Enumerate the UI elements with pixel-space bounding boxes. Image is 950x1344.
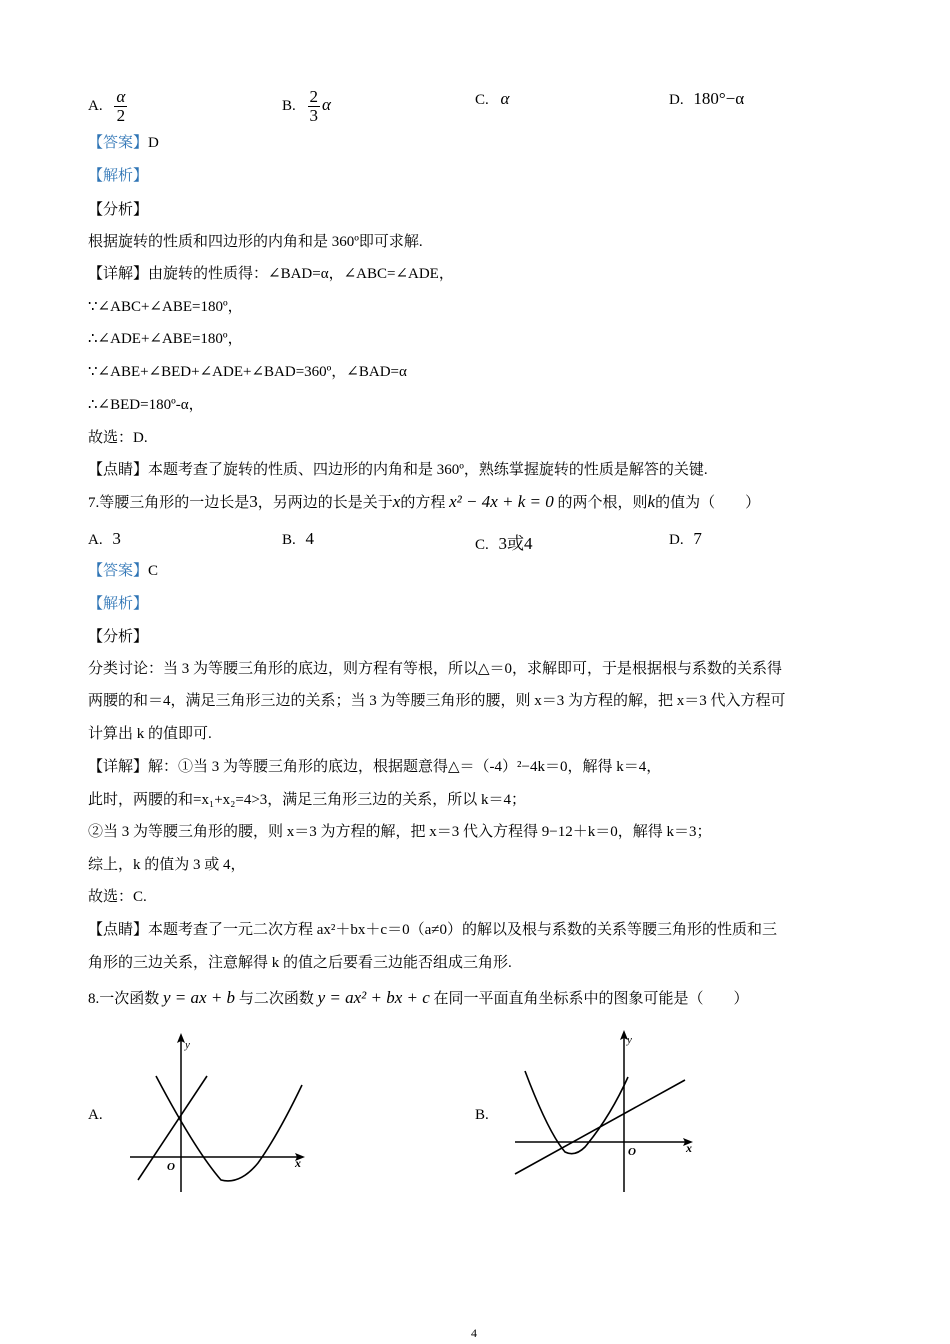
- linear-function: y = ax + b: [163, 988, 235, 1007]
- origin-label: O: [628, 1146, 636, 1158]
- denominator: 3: [308, 107, 321, 125]
- detail-text: 解：①当 3 为等腰三角形的底边，根据题意得△＝（-4）²−4k＝0，解得 k＝…: [148, 759, 661, 775]
- q6-option-c: C. α: [475, 89, 509, 109]
- q6-detail-line: ∴∠BED=180º-α，: [88, 395, 204, 415]
- q7-detail-line: 综上，k 的值为 3 或 4，: [88, 855, 246, 875]
- q7-option-d: D. 7: [669, 529, 702, 549]
- option-value: 4: [306, 529, 315, 548]
- stem-text: 7.等腰三角形的一边长是: [88, 495, 249, 511]
- q6-detail-line: ∵∠ABE+∠BED+∠ADE+∠BAD=360º，∠BAD=α: [88, 362, 407, 382]
- q7-option-c: C. 3或4: [475, 529, 533, 554]
- option-label: C.: [475, 537, 489, 553]
- comment-text: 本题考查了一元二次方程 ax²＋bx＋c＝0（a≠0）的解以及根与系数的关系等腰…: [148, 922, 777, 938]
- q8-option-a-label: A.: [88, 1107, 103, 1124]
- q6-conclusion: 故选：D.: [88, 428, 148, 448]
- q6-option-b: B. 2 3 α: [282, 88, 331, 125]
- y-axis-label: y: [626, 1034, 632, 1046]
- stem-text: 8.一次函数: [88, 991, 159, 1007]
- origin-label: O: [167, 1161, 175, 1173]
- option-label: A.: [88, 98, 103, 114]
- option-value: 180°−α: [693, 89, 744, 108]
- q8-stem: 8.一次函数 y = ax + b 与二次函数 y = ax² + bx + c…: [88, 988, 749, 1009]
- option-label: B.: [282, 98, 296, 114]
- stem-text: 的值为（ ）: [655, 495, 760, 511]
- q7-detail-line: 此时，两腰的和=x₁+x₂=4>3，满足三角形三边的关系，所以 k＝4；: [88, 790, 526, 810]
- q6-detail-line: ∵∠ABC+∠ABE=180º，: [88, 297, 243, 317]
- q6-fenxi-tag: 【分析】: [88, 200, 148, 220]
- option-value: 3: [112, 529, 121, 548]
- y-axis-label: y: [184, 1039, 190, 1051]
- option-label: B.: [282, 532, 296, 548]
- detail-text: 由旋转的性质得：∠BAD=α，∠ABC=∠ADE，: [148, 266, 454, 282]
- q6-fenxi-text: 根据旋转的性质和四边形的内角和是 360º即可求解.: [88, 232, 423, 252]
- q8-graph-a: y x O: [125, 1030, 310, 1200]
- denominator: 2: [114, 107, 127, 125]
- q7-option-b: B. 4: [282, 529, 314, 549]
- option-value: α: [501, 89, 510, 108]
- option-label: A.: [88, 532, 103, 548]
- q7-stem: 7.等腰三角形的一边长是3，另两边的长是关于x的方程 x² − 4x + k =…: [88, 492, 760, 513]
- stem-var: k: [648, 492, 656, 511]
- fraction: 2 3: [308, 88, 321, 125]
- q7-detail-line: ②当 3 为等腰三角形的腰，则 x＝3 为方程的解，把 x＝3 代入方程得 9−…: [88, 822, 711, 842]
- q6-detail-line: ∴∠ADE+∠ABE=180º，: [88, 329, 243, 349]
- quadratic-function: y = ax² + bx + c: [318, 988, 430, 1007]
- x-axis-label: x: [685, 1141, 692, 1155]
- q6-detail-line: 【详解】由旋转的性质得：∠BAD=α，∠ABC=∠ADE，: [88, 264, 454, 284]
- stem-text: 的两个根，则: [558, 495, 648, 511]
- q7-detail-line: 【详解】解：①当 3 为等腰三角形的底边，根据题意得△＝（-4）²−4k＝0，解…: [88, 757, 661, 777]
- option-label: C.: [475, 92, 489, 108]
- option-value: 7: [693, 529, 702, 548]
- stem-text: ，另两边的长是关于: [258, 495, 393, 511]
- equation: x² − 4x + k = 0: [449, 492, 554, 511]
- q7-analysis-tag: 【解析】: [88, 594, 148, 614]
- q7-fenxi-tag: 【分析】: [88, 627, 148, 647]
- detail-tag: 【详解】: [88, 266, 148, 282]
- stem-text: 的方程: [400, 495, 445, 511]
- q6-option-a: A. α 2: [88, 88, 129, 125]
- comment-tag: 【点睛】: [88, 922, 148, 938]
- answer-tag: 【答案】: [88, 563, 148, 579]
- q7-fenxi-line: 分类讨论：当 3 为等腰三角形的底边，则方程有等根，所以△＝0，求解即可，于是根…: [88, 659, 782, 679]
- answer-value: D: [148, 135, 159, 151]
- page-number: 4: [471, 1326, 477, 1341]
- q6-comment: 【点睛】本题考查了旋转的性质、四边形的内角和是 360º，熟练掌握旋转的性质是解…: [88, 460, 708, 480]
- numerator: 2: [308, 88, 321, 107]
- answer-value: C: [148, 563, 158, 579]
- comment-tag: 【点睛】: [88, 462, 148, 478]
- stem-text: 在同一平面直角坐标系中的图象可能是（ ）: [434, 991, 749, 1007]
- option-label: D.: [669, 532, 684, 548]
- fraction: α 2: [114, 88, 127, 125]
- q6-option-d: D. 180°−α: [669, 89, 744, 109]
- q6-analysis-tag: 【解析】: [88, 166, 148, 186]
- numerator: α: [114, 88, 127, 107]
- x-axis-label: x: [294, 1156, 301, 1170]
- q7-fenxi-line: 计算出 k 的值即可.: [88, 724, 212, 744]
- stem-text: 与二次函数: [239, 991, 314, 1007]
- q7-option-a: A. 3: [88, 529, 121, 549]
- stem-number: 3: [249, 492, 258, 511]
- q8-option-b-label: B.: [475, 1107, 489, 1124]
- q7-comment-line: 角形的三边关系，注意解得 k 的值之后要看三边能否组成三角形.: [88, 953, 512, 973]
- option-value: 3或4: [499, 534, 533, 553]
- alpha: α: [322, 95, 331, 114]
- q7-conclusion: 故选：C.: [88, 887, 147, 907]
- q8-graph-b: y x O: [510, 1027, 700, 1197]
- option-label: D.: [669, 92, 684, 108]
- q6-answer: 【答案】D: [88, 133, 159, 153]
- answer-tag: 【答案】: [88, 135, 148, 151]
- q7-comment: 【点睛】本题考查了一元二次方程 ax²＋bx＋c＝0（a≠0）的解以及根与系数的…: [88, 920, 777, 940]
- detail-tag: 【详解】: [88, 759, 148, 775]
- q7-fenxi-line: 两腰的和＝4，满足三角形三边的关系；当 3 为等腰三角形的腰，则 x＝3 为方程…: [88, 691, 786, 711]
- comment-text: 本题考查了旋转的性质、四边形的内角和是 360º，熟练掌握旋转的性质是解答的关键…: [148, 462, 708, 478]
- q7-answer: 【答案】C: [88, 561, 158, 581]
